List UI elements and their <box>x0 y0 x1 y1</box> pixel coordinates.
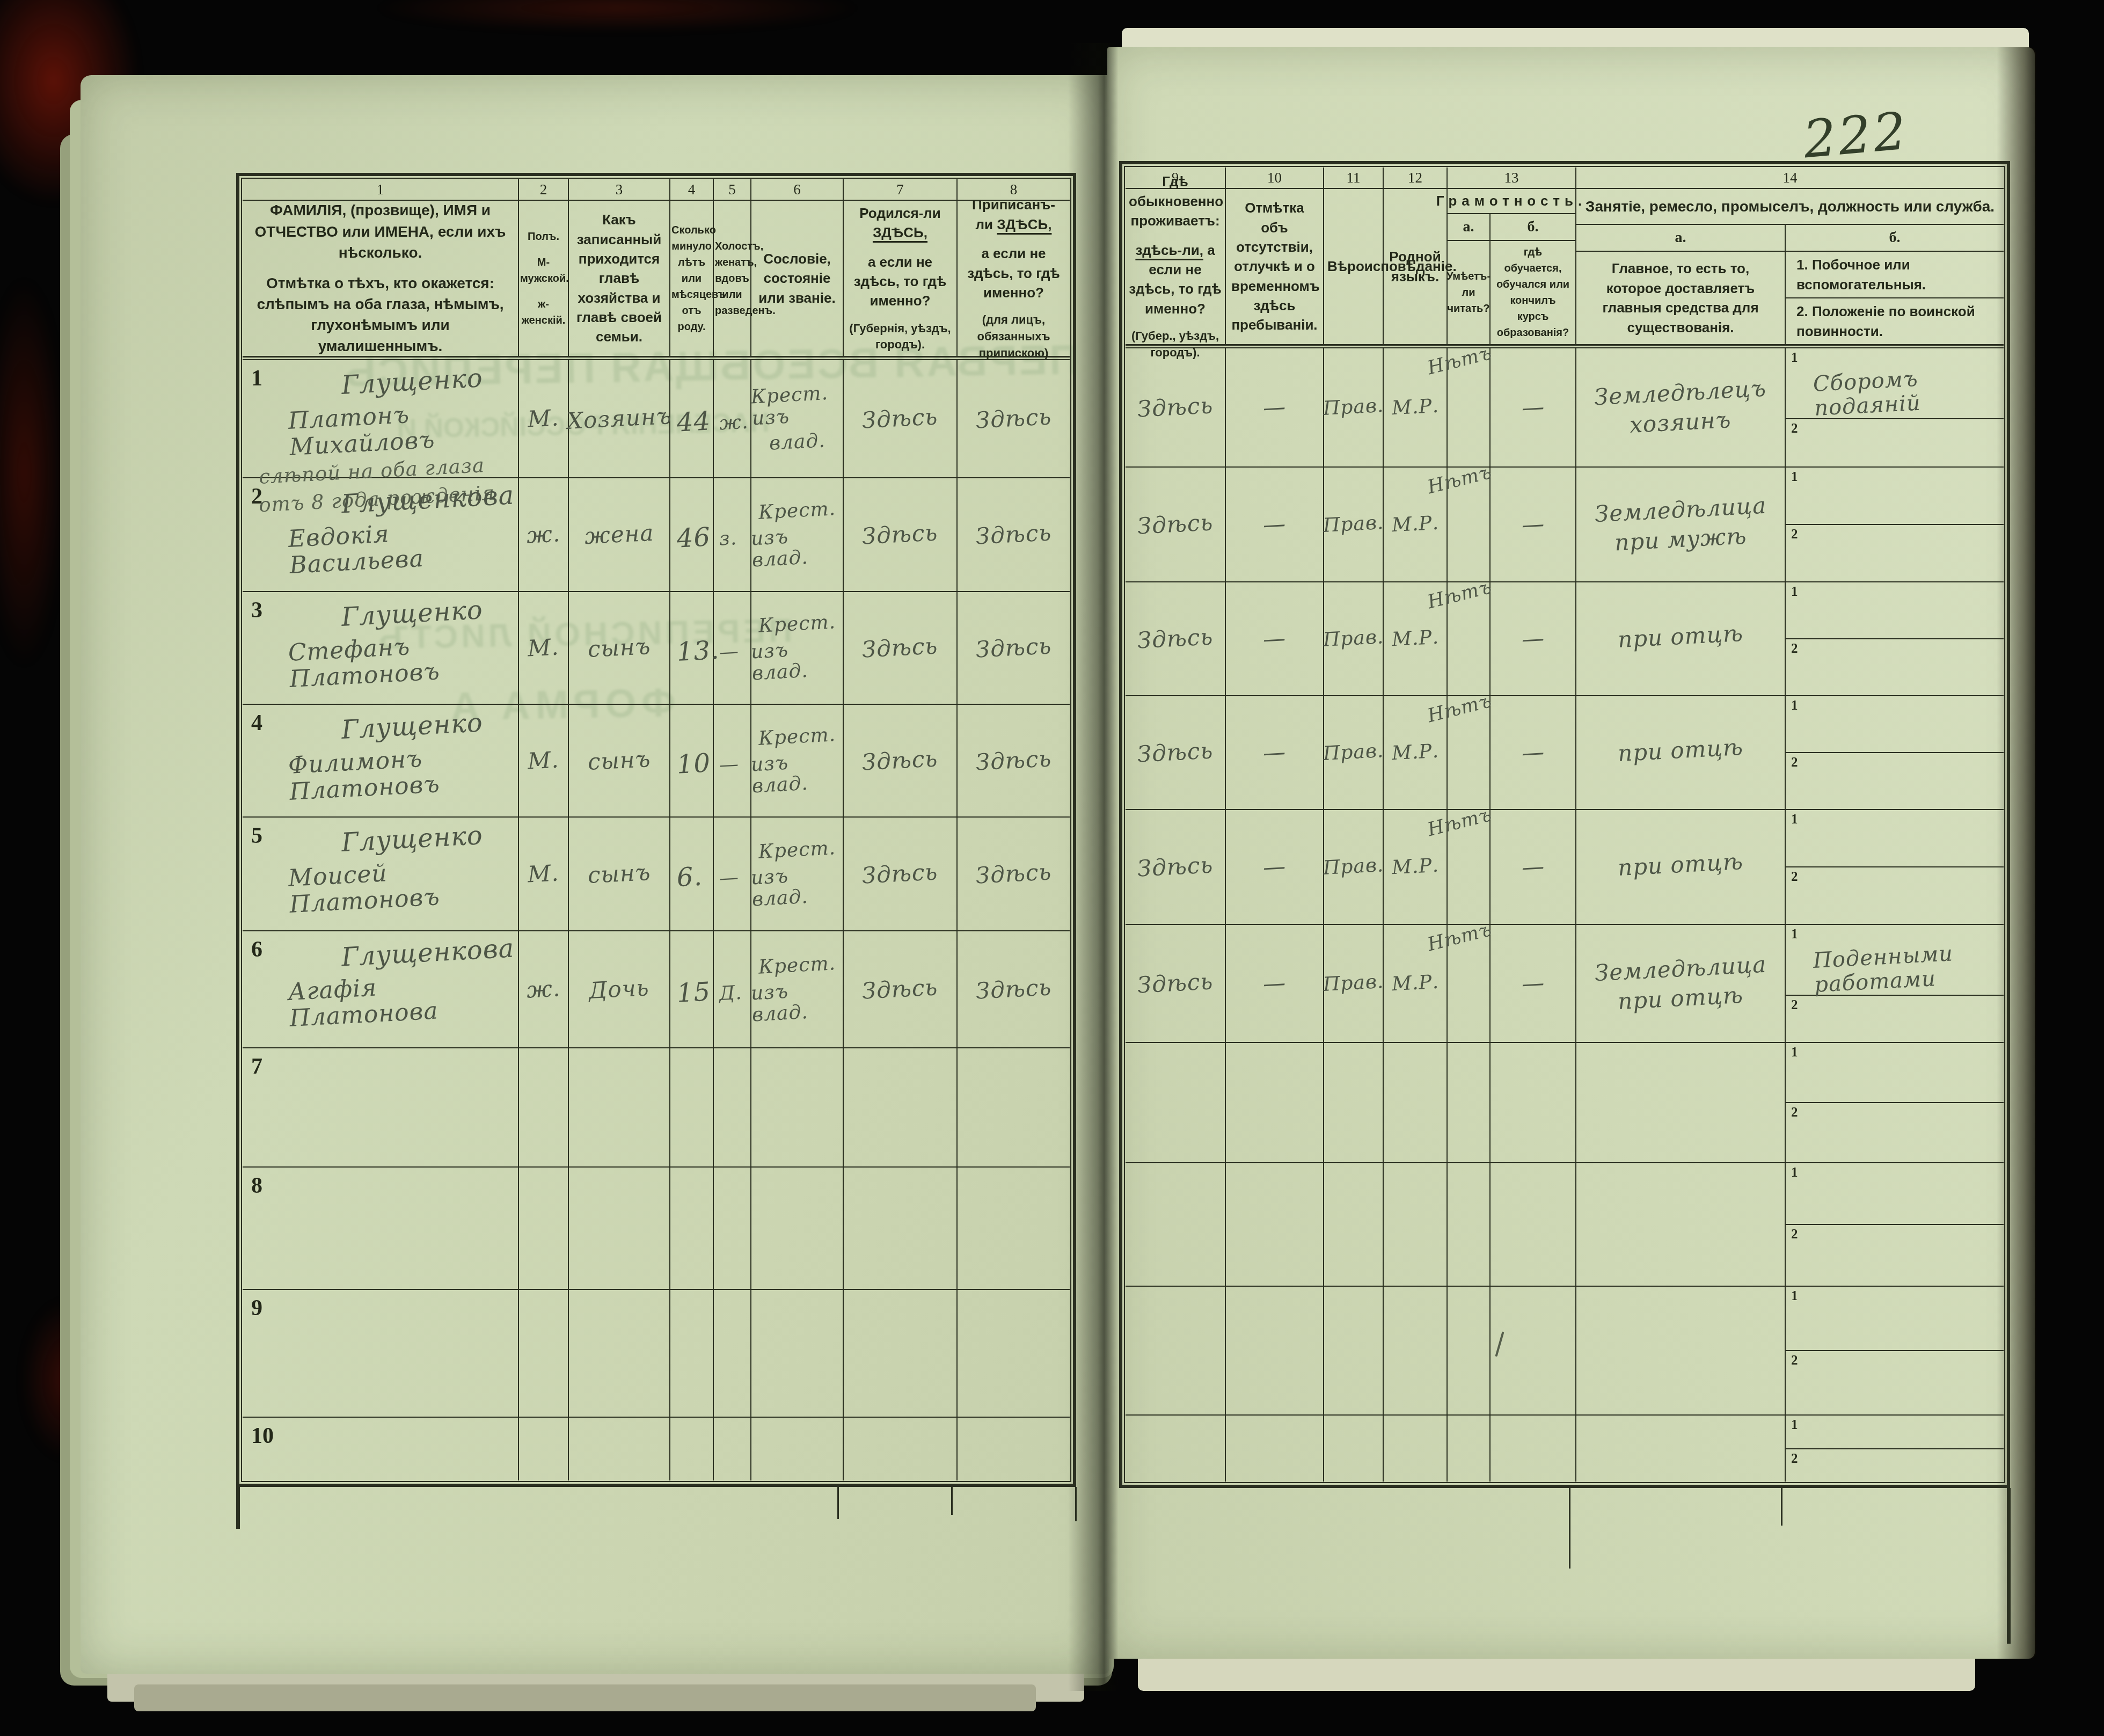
estate-cell: Крест. изъ влад. <box>751 592 844 704</box>
absence-cell: — <box>1226 696 1324 809</box>
literacy-cell <box>1448 1287 1491 1414</box>
side-occupation-sub1: 1 <box>1786 1287 2004 1351</box>
row-number: 4 <box>251 710 262 736</box>
age-cell: 6. <box>670 818 714 930</box>
relation-cell <box>569 1168 670 1289</box>
side-occupation-cell: 1 2 <box>1786 1287 2004 1414</box>
literacy-cell: Нѣтъ <box>1448 468 1491 581</box>
table-row: 1 2 <box>1126 1043 2004 1163</box>
absence-cell <box>1226 1043 1324 1162</box>
estate-cell: Крест. изъ влад. <box>751 818 844 930</box>
birthplace-cell: Здѣсь <box>844 705 958 816</box>
table-row: Здѣсь — Прав. М.Р. Нѣтъ — Земледѣлецъ хо… <box>1126 348 2004 468</box>
marital-cell: — <box>714 818 751 930</box>
col-1-number: 1 <box>243 179 519 200</box>
marital-cell <box>714 1418 751 1480</box>
language-cell <box>1384 1043 1448 1162</box>
col-14b-side-header: 1. Побочное или вспомогательныя. <box>1786 252 2004 298</box>
occupation-cell: Земледѣлица при отцѣ <box>1576 925 1786 1042</box>
col-5-header: Холостъ, женатъ, вдовъ или разведенъ. <box>714 201 751 356</box>
birthplace-cell: Здѣсь <box>844 360 958 477</box>
occupation-cell: при отцѣ <box>1576 582 1786 695</box>
col-2-number: 2 <box>519 179 569 200</box>
col-13-header: Грамотность. а. б. Умѣетъ-ли читать? гдѣ… <box>1448 189 1576 344</box>
military-status-sub2: 2 <box>1786 753 2004 809</box>
age-cell <box>670 1418 714 1480</box>
col-6-header: Сословіе, состояніе или званіе. <box>751 201 844 356</box>
given-name-handwriting: Евдокія Васильева <box>288 514 515 579</box>
side-occupation-sub1: 1 Поденными работами <box>1786 925 2004 996</box>
religion-cell: Прав. <box>1324 468 1384 581</box>
sex-cell <box>519 1168 569 1289</box>
surname-handwriting: Глущенко <box>341 821 484 857</box>
page-stack-bottom <box>134 1684 1036 1711</box>
census-table-right: 9 10 11 12 13 14 Гдѣ обыкновенно прожива… <box>1119 161 2010 1488</box>
birthplace-cell: Здѣсь <box>844 478 958 591</box>
birthplace-cell <box>844 1168 958 1289</box>
side-occupation-cell: 1 2 <box>1786 582 2004 695</box>
occupation-cell <box>1576 1416 1786 1482</box>
col-14b-label: б. <box>1786 225 2004 251</box>
marital-cell: — <box>714 592 751 704</box>
literacy-cell: Нѣтъ <box>1448 582 1491 695</box>
name-cell: 7 <box>243 1048 519 1166</box>
name-cell: 4 Глущенко Филимонъ Платоновъ <box>243 705 519 816</box>
relation-cell: Хозяинъ <box>569 360 670 477</box>
estate-cell: Крест. изъ влад. <box>751 705 844 816</box>
occupation-cell <box>1576 1163 1786 1286</box>
education-cell <box>1491 1163 1576 1286</box>
col-5-number: 5 <box>714 179 751 200</box>
side-occupation-sub1: 1 <box>1786 810 2004 867</box>
col-7-header: Родился-ли ЗДѢСЬ, а если не здѣсь, то гд… <box>844 201 958 356</box>
column-number-strip-right: 9 10 11 12 13 14 <box>1126 167 2004 189</box>
religion-cell: Прав. <box>1324 582 1384 695</box>
sex-cell <box>519 1048 569 1166</box>
residence-cell: Здѣсь <box>1126 468 1226 581</box>
col-14-number: 14 <box>1576 167 2004 188</box>
row-number: 10 <box>251 1423 274 1449</box>
col-13-number: 13 <box>1448 167 1576 188</box>
col-7-number: 7 <box>844 179 958 200</box>
absence-cell: — <box>1226 810 1324 924</box>
table-row: Здѣсь — Прав. М.Р. Нѣтъ — при отцѣ 1 2 <box>1126 810 2004 925</box>
estate-cell: Крест. изъ влад. <box>751 931 844 1047</box>
registration-cell: Здѣсь <box>958 478 1070 591</box>
table-line-descender <box>837 1487 839 1519</box>
row-number: 6 <box>251 937 262 962</box>
census-table-left: 1 2 3 4 5 6 7 8 ФАМИЛІЯ, (прозвище), ИМЯ… <box>236 173 1076 1487</box>
relation-cell <box>569 1290 670 1417</box>
military-status-sub2: 2 <box>1786 419 2004 466</box>
occupation-cell: при отцѣ <box>1576 696 1786 809</box>
sex-cell: ж. <box>519 931 569 1047</box>
surname-handwriting: Глущенкова <box>341 482 515 520</box>
col-11-number: 11 <box>1324 167 1384 188</box>
table-row: 2 Глущенкова Евдокія Васильева ж. жена 4… <box>243 478 1070 592</box>
header-row-right: Гдѣ обыкновенно проживаетъ: здѣсь-ли, а … <box>1126 189 2004 346</box>
registration-cell <box>958 1048 1070 1166</box>
page-stack-bottom-right <box>1138 1653 1975 1691</box>
age-cell <box>670 1168 714 1289</box>
col-13-title: Грамотность. <box>1448 189 1575 214</box>
table-line-descender <box>1075 1487 1077 1521</box>
marital-cell: — <box>714 705 751 816</box>
military-status-sub2: 2 <box>1786 1225 2004 1286</box>
header-row-left: ФАМИЛІЯ, (прозвище), ИМЯ и ОТЧЕСТВО или … <box>243 201 1070 358</box>
relation-cell: Дочь <box>569 931 670 1047</box>
estate-cell: Крест. изъ влад. <box>751 360 844 477</box>
residence-cell: Здѣсь <box>1126 582 1226 695</box>
language-cell <box>1384 1416 1448 1482</box>
table-row: Здѣсь — Прав. М.Р. Нѣтъ — при отцѣ 1 2 <box>1126 696 2004 810</box>
occupation-cell: Земледѣлецъ хозяинъ <box>1576 348 1786 466</box>
estate-cell <box>751 1290 844 1417</box>
side-occupation-cell: 1 2 <box>1786 1416 2004 1482</box>
given-name-handwriting: Стефанъ Платоновъ <box>288 628 515 692</box>
absence-cell <box>1226 1163 1324 1286</box>
occupation-cell: при отцѣ <box>1576 810 1786 924</box>
col-4-number: 4 <box>670 179 714 200</box>
registration-cell: Здѣсь <box>958 705 1070 816</box>
side-occupation-sub1: 1 <box>1786 1163 2004 1225</box>
education-cell: — <box>1491 582 1576 695</box>
birthplace-cell <box>844 1290 958 1417</box>
marital-cell: Д. <box>714 931 751 1047</box>
column-number-strip-left: 1 2 3 4 5 6 7 8 <box>243 179 1070 201</box>
residence-cell <box>1126 1163 1226 1286</box>
row-number: 8 <box>251 1173 262 1199</box>
education-cell: — <box>1491 810 1576 924</box>
relation-cell <box>569 1048 670 1166</box>
col-13a-header: Умѣетъ-ли читать? <box>1448 241 1491 344</box>
side-occupation-cell: 1 2 <box>1786 696 2004 809</box>
absence-cell <box>1226 1287 1324 1414</box>
row-number: 1 <box>251 366 262 391</box>
residence-cell <box>1126 1043 1226 1162</box>
religion-cell <box>1324 1416 1384 1482</box>
col-11-header: Вѣроисповѣданіе. <box>1324 189 1384 344</box>
military-status-sub2: 2 <box>1786 1449 2004 1482</box>
table-line-descender <box>1781 1488 1782 1526</box>
scan-stain <box>376 0 859 32</box>
table-row: 3 Глущенко Стефанъ Платоновъ М. сынъ 13.… <box>243 592 1070 705</box>
literacy-cell: Нѣтъ <box>1448 810 1491 924</box>
military-status-sub2: 2 <box>1786 639 2004 695</box>
table-row: 1 Глущенко Платонъ Михайловъ слѣпой на о… <box>243 360 1070 478</box>
estate-cell <box>751 1418 844 1480</box>
age-cell: 15 <box>670 931 714 1047</box>
sex-cell: М. <box>519 705 569 816</box>
table-line-descender <box>2007 1488 2011 1644</box>
religion-cell <box>1324 1043 1384 1162</box>
table-row: 1 2 <box>1126 1163 2004 1287</box>
education-cell <box>1491 1416 1576 1482</box>
religion-cell: Прав. <box>1324 696 1384 809</box>
registration-cell <box>958 1290 1070 1417</box>
surname-handwriting: Глущенко <box>341 364 484 400</box>
religion-cell: Прав. <box>1324 810 1384 924</box>
military-status-sub2: 2 <box>1786 1103 2004 1162</box>
col-14a-header: Главное, то есть то, которое доставляетъ… <box>1576 252 1786 344</box>
age-cell <box>670 1290 714 1417</box>
education-cell: — <box>1491 348 1576 466</box>
marital-cell <box>714 1290 751 1417</box>
registration-cell <box>958 1168 1070 1289</box>
name-cell: 2 Глущенкова Евдокія Васильева <box>243 478 519 591</box>
col-6-number: 6 <box>751 179 844 200</box>
row-number: 3 <box>251 597 262 623</box>
residence-cell: Здѣсь <box>1126 696 1226 809</box>
col-9-header: Гдѣ обыкновенно проживаетъ: здѣсь-ли, а … <box>1126 189 1226 344</box>
age-cell: 13. <box>670 592 714 704</box>
name-cell: 9 <box>243 1290 519 1417</box>
table-row: 9 <box>243 1290 1070 1418</box>
name-cell: 6 Глущенкова Агафія Платонова <box>243 931 519 1047</box>
relation-cell: жена <box>569 478 670 591</box>
absence-cell: — <box>1226 925 1324 1042</box>
rows-left: 1 Глущенко Платонъ Михайловъ слѣпой на о… <box>243 359 1070 1480</box>
sex-cell: ж. <box>519 478 569 591</box>
education-cell: — <box>1491 925 1576 1042</box>
literacy-cell: Нѣтъ <box>1448 348 1491 466</box>
col-3-header: Какъ записанный приходится главѣ хозяйст… <box>569 201 670 356</box>
rows-right: Здѣсь — Прав. М.Р. Нѣтъ — Земледѣлецъ хо… <box>1126 347 2004 1482</box>
table-line-descender <box>951 1487 953 1515</box>
religion-cell <box>1324 1287 1384 1414</box>
religion-cell: Прав. <box>1324 925 1384 1042</box>
table-row: 4 Глущенко Филимонъ Платоновъ М. сынъ 10… <box>243 705 1070 818</box>
col-13a-label: а. <box>1448 214 1491 240</box>
absence-cell: — <box>1226 348 1324 466</box>
col-12-number: 12 <box>1384 167 1448 188</box>
side-occupation-cell: 1 2 <box>1786 468 2004 581</box>
side-occupation-sub1: 1 <box>1786 696 2004 753</box>
residence-cell <box>1126 1416 1226 1482</box>
page-number: 222 <box>1801 101 1910 170</box>
relation-cell: сынъ <box>569 705 670 816</box>
row-number: 2 <box>251 484 262 509</box>
education-cell: — <box>1491 468 1576 581</box>
sex-cell <box>519 1290 569 1417</box>
surname-handwriting: Глущенко <box>341 596 484 632</box>
birthplace-cell <box>844 1048 958 1166</box>
military-status-sub2: 2 <box>1786 1351 2004 1414</box>
row-number: 5 <box>251 823 262 849</box>
table-row: 7 <box>243 1048 1070 1168</box>
side-occupation-sub1: 1 <box>1786 1416 2004 1449</box>
residence-cell: Здѣсь <box>1126 810 1226 924</box>
col-1-header-text: ФАМИЛІЯ, (прозвище), ИМЯ и ОТЧЕСТВО или … <box>248 200 513 263</box>
side-occupation-sub1: 1 <box>1786 582 2004 639</box>
birthplace-cell <box>844 1418 958 1480</box>
absence-cell: — <box>1226 468 1324 581</box>
surname-handwriting: Глущенко <box>341 709 484 745</box>
registration-cell: Здѣсь <box>958 592 1070 704</box>
education-cell <box>1491 1287 1576 1414</box>
residence-cell: Здѣсь <box>1126 348 1226 466</box>
occupation-cell <box>1576 1043 1786 1162</box>
literacy-cell: Нѣтъ <box>1448 925 1491 1042</box>
marital-cell <box>714 1168 751 1289</box>
table-row: Здѣсь — Прав. М.Р. Нѣтъ — при отцѣ 1 2 <box>1126 582 2004 696</box>
table-row: 6 Глущенкова Агафія Платонова ж. Дочь 15… <box>243 931 1070 1048</box>
literacy-cell: Нѣтъ <box>1448 696 1491 809</box>
estate-cell <box>751 1048 844 1166</box>
registration-cell <box>958 1418 1070 1480</box>
table-row: Здѣсь — Прав. М.Р. Нѣтъ — Земледѣлица пр… <box>1126 468 2004 582</box>
registration-cell: Здѣсь <box>958 931 1070 1047</box>
side-occupation-sub1: 1 <box>1786 468 2004 525</box>
col-4-header: Сколько минуло лѣтъ или мѣсяцевъ отъ род… <box>670 201 714 356</box>
side-occupation-cell: 1 2 <box>1786 1043 2004 1162</box>
col-13b-label: б. <box>1491 214 1575 240</box>
literacy-cell <box>1448 1163 1491 1286</box>
col-12-header: Родной языкъ. <box>1384 189 1448 344</box>
row-number: 7 <box>251 1054 262 1079</box>
name-cell: 5 Глущенко Моисей Платоновъ <box>243 818 519 930</box>
table-row: 10 <box>243 1418 1070 1480</box>
marital-cell <box>714 1048 751 1166</box>
sex-cell: М. <box>519 360 569 477</box>
marital-cell: ж. <box>714 360 751 477</box>
language-cell <box>1384 1287 1448 1414</box>
col-10-header: Отмѣтка объ отсутствіи, отлучкѣ и о врем… <box>1226 189 1324 344</box>
registration-cell: Здѣсь <box>958 360 1070 477</box>
birthplace-cell: Здѣсь <box>844 592 958 704</box>
table-line-descender <box>236 1487 240 1529</box>
residence-cell <box>1126 1287 1226 1414</box>
col-14b-military-header: 2. Положеніе по воинской повинности. <box>1786 298 2004 344</box>
col-8-header: Приписанъ-ли ЗДѢСЬ, а если не здѣсь, то … <box>958 201 1070 356</box>
given-name-handwriting: Филимонъ Платоновъ <box>288 741 515 805</box>
col-2-header: Полъ. М-мужской. ж-женскій. <box>519 201 569 356</box>
col-3-number: 3 <box>569 179 670 200</box>
education-cell <box>1491 1043 1576 1162</box>
age-cell: 46 <box>670 478 714 591</box>
relation-cell <box>569 1418 670 1480</box>
table-row: 1 2 <box>1126 1416 2004 1482</box>
side-occupation-cell: 1 Сборомъ подаяній 2 <box>1786 348 2004 466</box>
occupation-cell: Земледѣлица при мужѣ <box>1576 468 1786 581</box>
side-occupation-sub1: 1 <box>1786 1043 2004 1103</box>
estate-cell <box>751 1168 844 1289</box>
sex-cell: М. <box>519 592 569 704</box>
name-cell: 1 Глущенко Платонъ Михайловъ слѣпой на о… <box>243 360 519 477</box>
military-status-sub2: 2 <box>1786 525 2004 581</box>
side-occupation-cell: 1 Поденными работами 2 <box>1786 925 2004 1042</box>
age-cell <box>670 1048 714 1166</box>
table-row: 5 Глущенко Моисей Платоновъ М. сынъ 6. —… <box>243 818 1070 931</box>
row-number: 9 <box>251 1295 262 1321</box>
table-row: Здѣсь — Прав. М.Р. Нѣтъ — Земледѣлица пр… <box>1126 925 2004 1043</box>
absence-cell <box>1226 1416 1324 1482</box>
military-status-sub2: 2 <box>1786 867 2004 924</box>
col-14a-label: а. <box>1576 225 1786 251</box>
name-cell: 8 <box>243 1168 519 1289</box>
birthplace-cell: Здѣсь <box>844 818 958 930</box>
col-10-number: 10 <box>1226 167 1324 188</box>
religion-cell <box>1324 1163 1384 1286</box>
absence-cell: — <box>1226 582 1324 695</box>
name-cell: 3 Глущенко Стефанъ Платоновъ <box>243 592 519 704</box>
education-cell: — <box>1491 696 1576 809</box>
surname-handwriting: Глущенкова <box>341 935 515 973</box>
sex-cell <box>519 1418 569 1480</box>
table-line-descender <box>1569 1488 1570 1569</box>
literacy-cell <box>1448 1416 1491 1482</box>
side-occupation-sub1: 1 Сборомъ подаяній <box>1786 348 2004 419</box>
estate-cell: Крест. изъ влад. <box>751 478 844 591</box>
birthplace-cell: Здѣсь <box>844 931 958 1047</box>
literacy-cell <box>1448 1043 1491 1162</box>
col-14-header: Занятіе, ремесло, промыселъ, должность и… <box>1576 189 2004 344</box>
age-cell: 44 <box>670 360 714 477</box>
col-1-header-note: Отмѣтка о тѣхъ, кто окажется: слѣпымъ на… <box>248 273 513 357</box>
residence-cell: Здѣсь <box>1126 925 1226 1042</box>
name-cell: 10 <box>243 1418 519 1480</box>
occupation-cell <box>1576 1287 1786 1414</box>
col-1-header: ФАМИЛІЯ, (прозвище), ИМЯ и ОТЧЕСТВО или … <box>243 201 519 356</box>
given-name-handwriting: Платонъ Михайловъ <box>288 396 515 461</box>
religion-cell: Прав. <box>1324 348 1384 466</box>
col-14-title: Занятіе, ремесло, промыселъ, должность и… <box>1576 189 2004 225</box>
given-name-handwriting: Агафія Платонова <box>288 967 515 1032</box>
given-name-handwriting: Моисей Платоновъ <box>288 854 515 918</box>
relation-cell: сынъ <box>569 592 670 704</box>
military-status-sub2: 2 <box>1786 996 2004 1042</box>
registration-cell: Здѣсь <box>958 818 1070 930</box>
col-13b-header: гдѣ обучается, обучался или кончилъ курс… <box>1491 241 1575 344</box>
scan-stain <box>0 279 64 666</box>
side-occupation-cell: 1 2 <box>1786 810 2004 924</box>
language-cell <box>1384 1163 1448 1286</box>
table-row: 8 <box>243 1168 1070 1290</box>
marital-cell: з. <box>714 478 751 591</box>
age-cell: 10 <box>670 705 714 816</box>
relation-cell: сынъ <box>569 818 670 930</box>
side-occupation-cell: 1 2 <box>1786 1163 2004 1286</box>
scanned-census-sheet: ПЕРВАЯ ВСЕОБЩАЯ ПЕРЕПИСЬ НАСЕЛЕНІЯ РОССІ… <box>0 0 2104 1736</box>
table-row: 1 2 <box>1126 1287 2004 1416</box>
sex-cell: М. <box>519 818 569 930</box>
